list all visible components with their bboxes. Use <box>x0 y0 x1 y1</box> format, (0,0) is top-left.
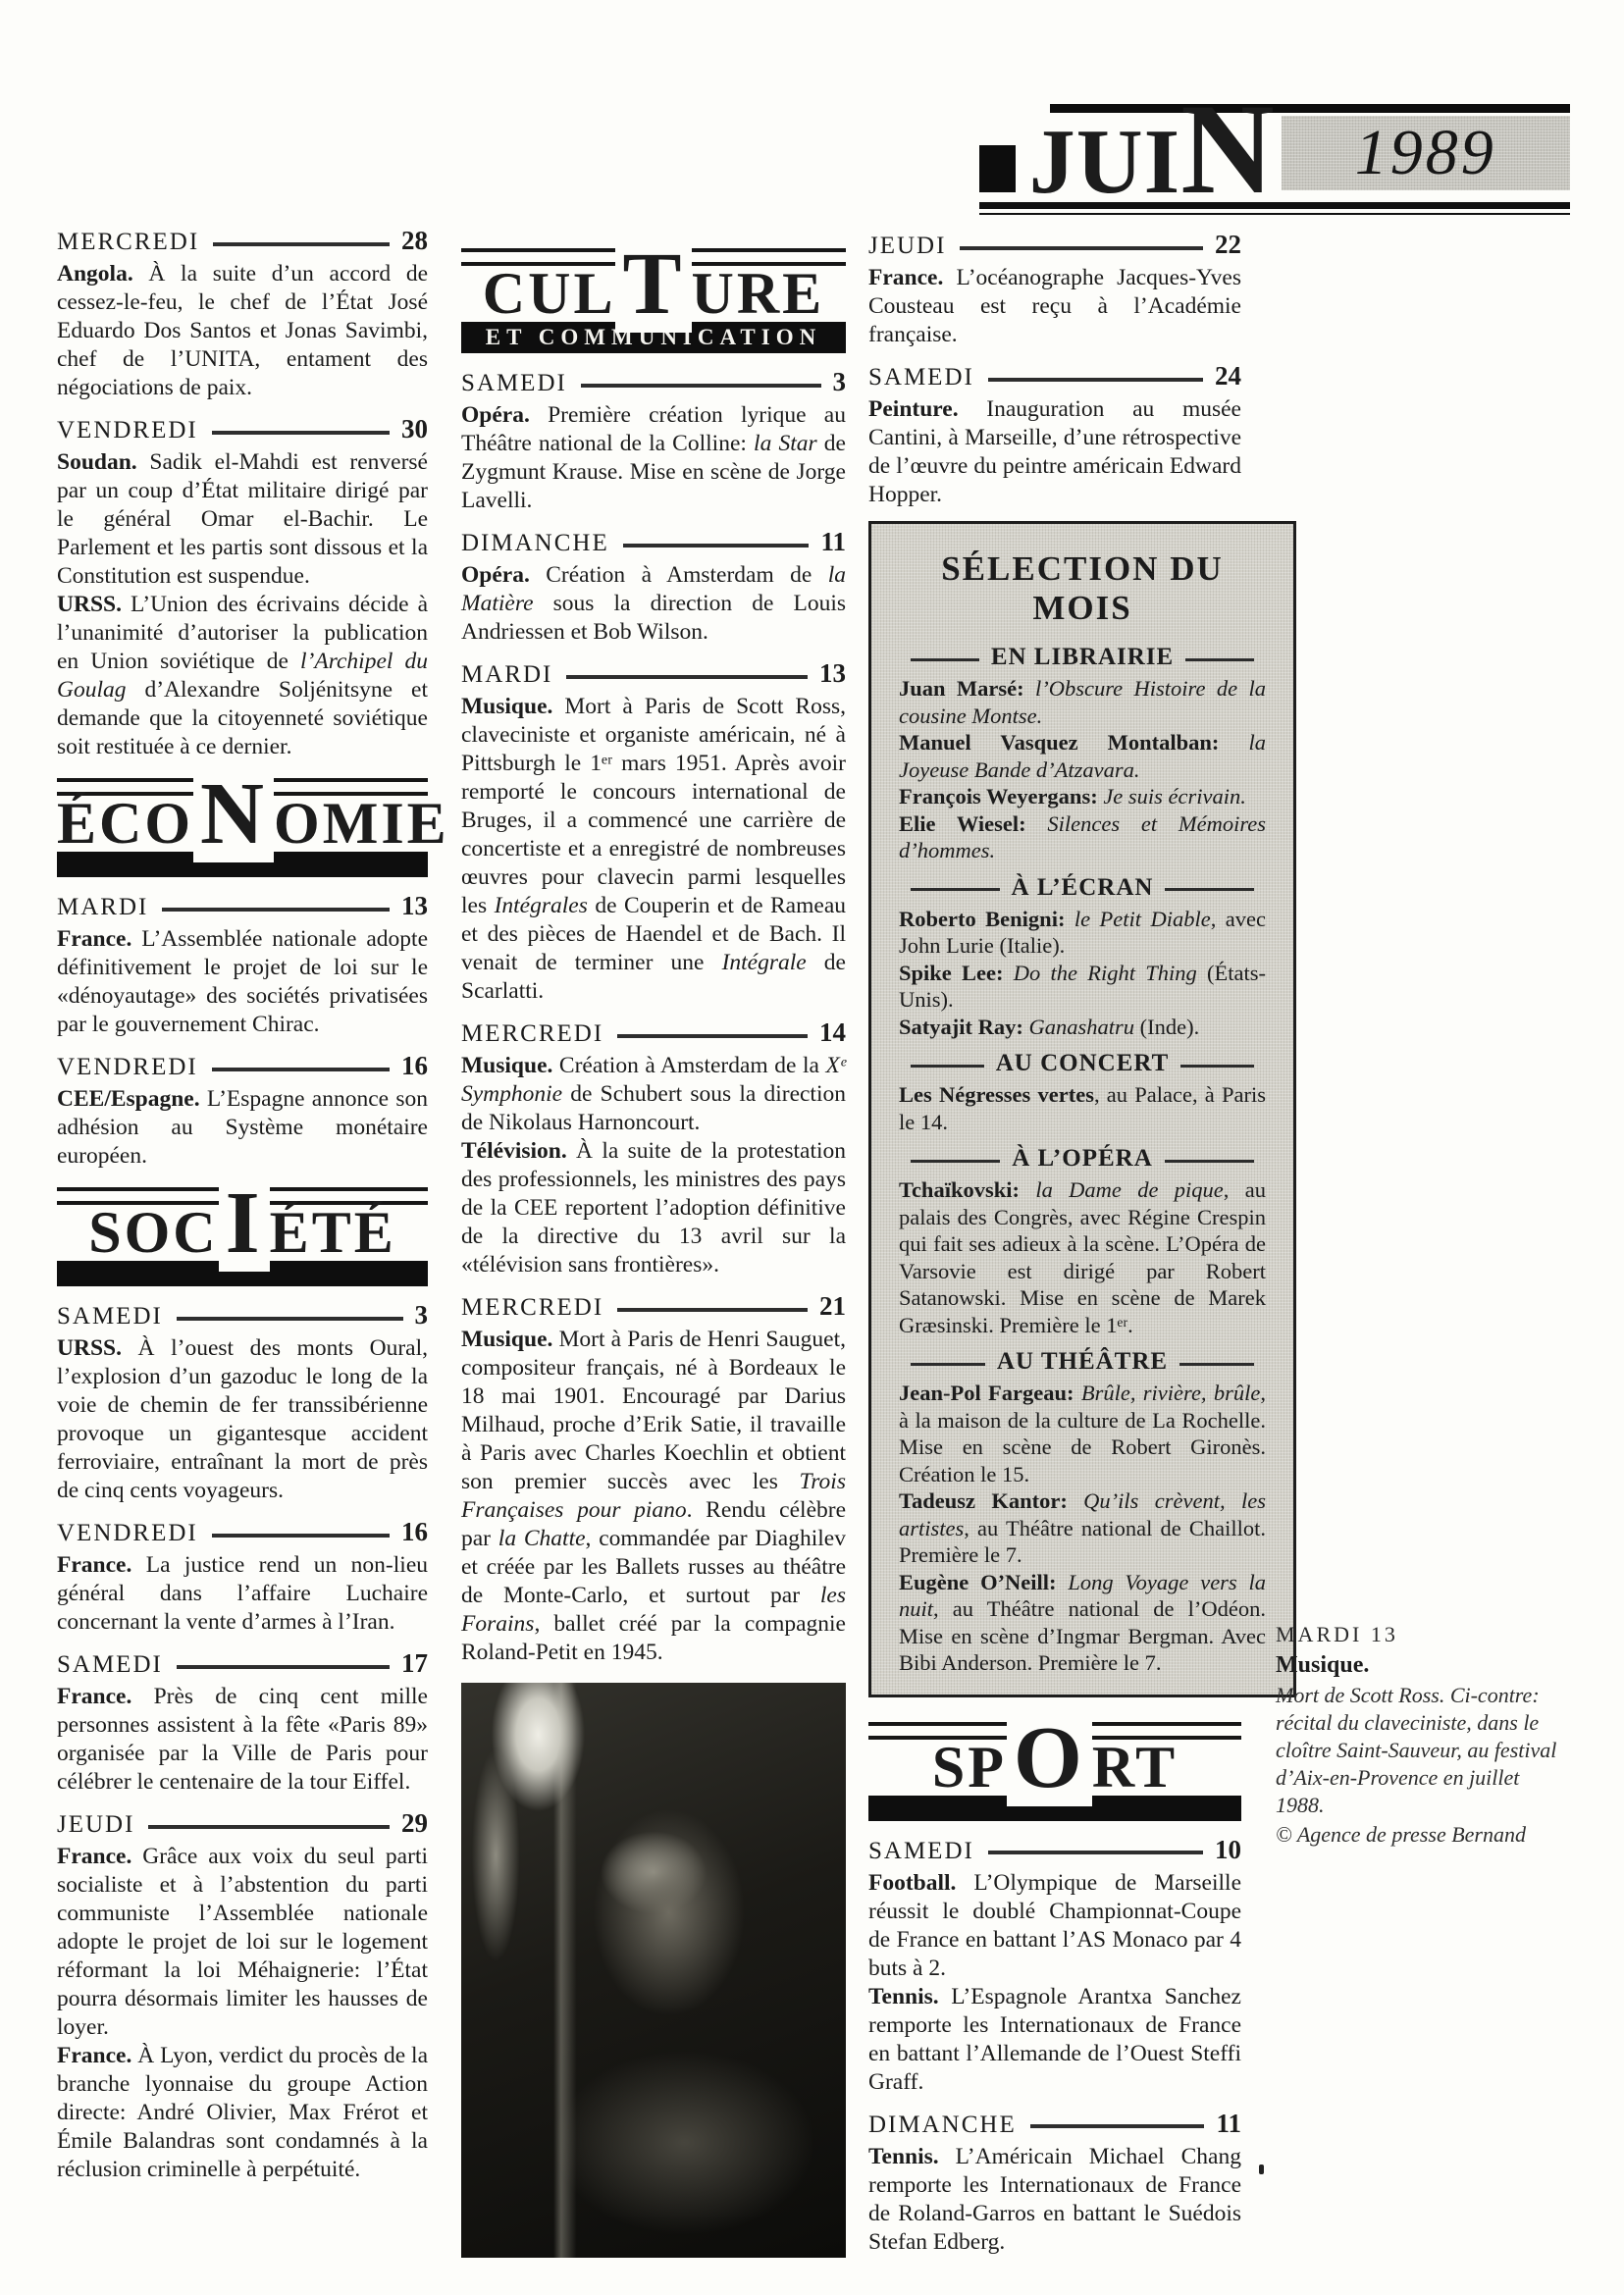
selection-items: Juan Marsé: l’Obscure Histoire de la cou… <box>899 675 1266 864</box>
day-name: DIMANCHE <box>868 2112 1017 2139</box>
entry-date-row: SAMEDI 17 <box>57 1648 428 1679</box>
section-title-text: ÉTÉ <box>270 1200 396 1265</box>
section-title-big-letter: O <box>1007 1709 1092 1806</box>
date-rule <box>212 1534 390 1538</box>
section-title-text: SP <box>932 1735 1007 1799</box>
selection-items: Jean-Pol Fargeau: Brûle, rivière, brûle,… <box>899 1380 1266 1677</box>
entry-body: URSS. À l’ouest des monts Oural, l’explo… <box>57 1334 428 1505</box>
day-name: JEUDI <box>57 1811 134 1839</box>
entry-body: Angola. À la suite d’un accord de cessez… <box>57 260 428 402</box>
section-title-text: SOC <box>88 1200 218 1265</box>
day-name: MERCREDI <box>461 1294 603 1322</box>
news-entry-denoyautage: MARDI 13 France. L’Assemblée nationale a… <box>57 891 428 1039</box>
day-name: JEUDI <box>868 233 946 260</box>
photo-caption: MARDI 13 Musique. Mort de Scott Ross. Ci… <box>1276 1621 1570 1849</box>
section-header-culture: CULTURE ET COMMUNICATION <box>461 245 846 353</box>
news-entry-luchaire: VENDREDI 16 France. La justice rend un n… <box>57 1517 428 1637</box>
news-entry-logement-action-directe: JEUDI 29 France. Grâce aux voix du seul … <box>57 1808 428 2184</box>
section-header-societe: SOCIÉTÉ <box>57 1184 428 1286</box>
section-title-culture: CULTURE <box>461 245 846 324</box>
day-name: DIMANCHE <box>461 530 609 557</box>
day-name: SAMEDI <box>868 1838 974 1865</box>
date-rule <box>212 431 390 435</box>
day-number: 11 <box>1216 2109 1241 2139</box>
day-name: SAMEDI <box>868 364 974 391</box>
selection-heading: À L’OPÉRA <box>1012 1145 1153 1173</box>
selection-group-concert: AU CONCERT Les Négresses vertes, au Pala… <box>899 1050 1266 1135</box>
entry-body: France. Grâce aux voix du seul parti soc… <box>57 1843 428 2184</box>
date-rule <box>960 246 1203 250</box>
day-name: VENDREDI <box>57 1520 198 1547</box>
date-rule <box>148 1825 390 1829</box>
day-name: SAMEDI <box>57 1303 163 1330</box>
selection-heading-row: AU THÉÂTRE <box>899 1348 1266 1376</box>
news-entry-om-sanchez: SAMEDI 10 Football. L’Olympique de Marse… <box>868 1835 1241 2097</box>
heading-rule <box>911 1065 984 1068</box>
column-right: JEUDI 22 France. L’océanographe Jacques-… <box>868 230 1296 2269</box>
day-name: MERCREDI <box>461 1020 603 1048</box>
column-left: MERCREDI 28 Angola. À la suite d’un acco… <box>57 226 428 2196</box>
entry-date-row: SAMEDI 24 <box>868 361 1241 391</box>
date-rule <box>177 1317 403 1321</box>
entry-date-row: VENDREDI 16 <box>57 1051 428 1081</box>
photo-scott-ross-recital <box>461 1683 846 2258</box>
entry-date-row: MERCREDI 14 <box>461 1017 846 1048</box>
selection-heading-row: AU CONCERT <box>899 1050 1266 1077</box>
selection-heading-row: À L’ÉCRAN <box>899 874 1266 902</box>
day-number: 16 <box>401 1051 428 1081</box>
news-entry-cee-espagne: VENDREDI 16 CEE/Espagne. L’Espagne annon… <box>57 1051 428 1171</box>
entry-date-row: SAMEDI 10 <box>868 1835 1241 1865</box>
selection-du-mois-box: SÉLECTION DU MOIS EN LIBRAIRIE Juan Mars… <box>868 521 1296 1697</box>
ink-speck <box>1259 2165 1264 2174</box>
day-number: 3 <box>415 1300 429 1330</box>
section-title-big-letter: N <box>193 765 274 862</box>
day-number: 28 <box>401 226 428 256</box>
month-title-big-letter: N <box>1180 77 1275 221</box>
month-marker-square-icon <box>979 145 1016 192</box>
date-rule <box>212 1068 390 1071</box>
day-name: MARDI <box>57 894 148 921</box>
heading-rule <box>911 1363 985 1366</box>
entry-date-row: MERCREDI 21 <box>461 1291 846 1322</box>
entry-body: France. L’Assemblée nationale adopte déf… <box>57 925 428 1039</box>
selection-heading-row: EN LIBRAIRIE <box>899 644 1266 671</box>
heading-rule <box>911 1160 1000 1163</box>
entry-date-row: MARDI 13 <box>461 658 846 689</box>
year-text: 1989 <box>1355 116 1496 190</box>
news-entry-angola: MERCREDI 28 Angola. À la suite d’un acco… <box>57 226 428 402</box>
day-number: 11 <box>820 527 846 557</box>
entry-body: France. L’océanographe Jacques-Yves Cous… <box>868 264 1241 349</box>
entry-body: Opéra. Première création lyrique au Théâ… <box>461 401 846 515</box>
section-title-text: CUL <box>483 261 616 326</box>
news-entry-opera-amsterdam: DIMANCHE 11 Opéra. Création à Amsterdam … <box>461 527 846 647</box>
entry-body: Musique. Mort à Paris de Henri Sauguet, … <box>461 1326 846 1667</box>
heading-rule <box>1185 658 1254 661</box>
selection-group-librairie: EN LIBRAIRIE Juan Marsé: l’Obscure Histo… <box>899 644 1266 864</box>
year-box: 1989 <box>1282 116 1570 190</box>
day-number: 13 <box>401 891 428 921</box>
section-title-economie: ÉCONOMIE <box>57 775 428 854</box>
selection-heading-row: À L’OPÉRA <box>899 1145 1266 1173</box>
section-title-sport: SPORT <box>868 1719 1241 1798</box>
column-middle: CULTURE ET COMMUNICATION SAMEDI 3 Opéra.… <box>461 232 846 2258</box>
section-title-text: URE <box>692 261 825 326</box>
entry-date-row: JEUDI 22 <box>868 230 1241 260</box>
news-entry-schubert-television: MERCREDI 14 Musique. Création à Amsterda… <box>461 1017 846 1279</box>
entry-body: Musique. Mort à Paris de Scott Ross, cla… <box>461 693 846 1006</box>
caption-date: MARDI 13 <box>1276 1621 1570 1648</box>
heading-rule <box>1165 1160 1254 1163</box>
day-name: MARDI <box>461 661 552 689</box>
entry-body: Peinture. Inauguration au musée Cantini,… <box>868 395 1241 509</box>
entry-body: Musique. Création à Amsterdam de la Xᵉ S… <box>461 1052 846 1279</box>
day-name: VENDREDI <box>57 417 198 444</box>
news-entry-hopper: SAMEDI 24 Peinture. Inauguration au musé… <box>868 361 1241 509</box>
day-number: 13 <box>819 658 846 689</box>
date-rule <box>566 675 808 679</box>
entry-date-row: SAMEDI 3 <box>57 1300 428 1330</box>
heading-rule <box>911 658 979 661</box>
entry-date-row: DIMANCHE 11 <box>461 527 846 557</box>
section-title-text: RT <box>1092 1735 1178 1799</box>
entry-body: France. La justice rend un non-lieu géné… <box>57 1551 428 1637</box>
news-entry-scott-ross: MARDI 13 Musique. Mort à Paris de Scott … <box>461 658 846 1006</box>
news-entry-sauguet: MERCREDI 21 Musique. Mort à Paris de Hen… <box>461 1291 846 1667</box>
date-rule <box>617 1034 808 1038</box>
news-entry-chang: DIMANCHE 11 Tennis. L’Américain Michael … <box>868 2109 1241 2257</box>
selection-heading: À L’ÉCRAN <box>1012 874 1154 902</box>
selection-items: Les Négresses vertes, au Palace, à Paris… <box>899 1081 1266 1135</box>
selection-heading: AU THÉÂTRE <box>997 1348 1168 1376</box>
section-header-sport: SPORT <box>868 1719 1241 1821</box>
day-number: 16 <box>401 1517 428 1547</box>
day-name: SAMEDI <box>57 1651 163 1679</box>
day-number: 22 <box>1215 230 1241 260</box>
day-number: 24 <box>1215 361 1241 391</box>
day-number: 10 <box>1215 1835 1241 1865</box>
date-rule <box>213 242 390 246</box>
date-rule <box>581 384 821 388</box>
section-title-big-letter: I <box>219 1174 270 1272</box>
date-rule <box>988 1851 1203 1854</box>
date-rule <box>177 1665 390 1669</box>
section-title-text: ÉCO <box>57 791 193 856</box>
entry-body: Football. L’Olympique de Marseille réuss… <box>868 1869 1241 2097</box>
heading-rule <box>911 888 1000 891</box>
news-entry-cousteau: JEUDI 22 France. L’océanographe Jacques-… <box>868 230 1241 349</box>
date-rule <box>988 378 1203 382</box>
selection-items: Roberto Benigni: le Petit Diable, avec J… <box>899 906 1266 1041</box>
day-name: VENDREDI <box>57 1054 198 1081</box>
entry-body: Opéra. Création à Amsterdam de la Matièr… <box>461 561 846 647</box>
entry-date-row: MERCREDI 28 <box>57 226 428 256</box>
section-header-economie: ÉCONOMIE <box>57 775 428 877</box>
heading-rule <box>1180 1065 1254 1068</box>
selection-heading: AU CONCERT <box>996 1050 1170 1077</box>
section-title-societe: SOCIÉTÉ <box>57 1184 428 1263</box>
caption-rubric: Musique. <box>1276 1651 1570 1679</box>
news-entry-oural: SAMEDI 3 URSS. À l’ouest des monts Oural… <box>57 1300 428 1505</box>
magazine-page: JUIN 1989 MERCREDI 28 Angola. À la suite… <box>0 0 1624 2295</box>
entry-body: Soudan. Sadik el-Mahdi est renversé par … <box>57 448 428 761</box>
selection-group-ecran: À L’ÉCRAN Roberto Benigni: le Petit Diab… <box>899 874 1266 1041</box>
date-rule <box>623 544 810 548</box>
day-number: 17 <box>401 1648 428 1679</box>
news-entry-opera-colline: SAMEDI 3 Opéra. Première création lyriqu… <box>461 367 846 515</box>
date-rule <box>162 908 390 912</box>
masthead-bottom-rule <box>979 202 1570 215</box>
entry-date-row: VENDREDI 30 <box>57 414 428 444</box>
entry-date-row: VENDREDI 16 <box>57 1517 428 1547</box>
masthead: JUIN 1989 <box>979 104 1570 214</box>
day-number: 21 <box>819 1291 846 1322</box>
month-title: JUIN <box>1029 111 1276 200</box>
selection-group-theatre: AU THÉÂTRE Jean-Pol Fargeau: Brûle, rivi… <box>899 1348 1266 1677</box>
heading-rule <box>1179 1363 1254 1366</box>
day-name: SAMEDI <box>461 370 567 397</box>
caption-body: Mort de Scott Ross. Ci-contre: récital d… <box>1276 1682 1570 1819</box>
entry-body: CEE/Espagne. L’Espagne annonce son adhés… <box>57 1085 428 1171</box>
news-entry-soudan-urss: VENDREDI 30 Soudan. Sadik el-Mahdi est r… <box>57 414 428 761</box>
entry-date-row: MARDI 13 <box>57 891 428 921</box>
selection-heading: EN LIBRAIRIE <box>991 644 1174 671</box>
caption-credit: © Agence de presse Bernand <box>1276 1821 1570 1849</box>
day-number: 29 <box>401 1808 428 1839</box>
section-title-big-letter: T <box>615 235 691 333</box>
entry-body: France. Près de cinq cent mille personne… <box>57 1683 428 1797</box>
entry-body: Tennis. L’Américain Michael Chang rempor… <box>868 2143 1241 2257</box>
entry-date-row: JEUDI 29 <box>57 1808 428 1839</box>
month-title-text: JUI <box>1029 111 1180 213</box>
day-name: MERCREDI <box>57 229 199 256</box>
day-number: 14 <box>819 1017 846 1048</box>
section-title-text: OMIE <box>274 791 449 856</box>
day-number: 30 <box>401 414 428 444</box>
entry-date-row: DIMANCHE 11 <box>868 2109 1241 2139</box>
news-entry-paris89: SAMEDI 17 France. Près de cinq cent mill… <box>57 1648 428 1797</box>
date-rule <box>1030 2124 1205 2128</box>
date-rule <box>617 1308 808 1312</box>
entry-date-row: SAMEDI 3 <box>461 367 846 397</box>
heading-rule <box>1165 888 1254 891</box>
selection-items: Tchaïkovski: la Dame de pique, au palais… <box>899 1176 1266 1338</box>
day-number: 3 <box>833 367 847 397</box>
selection-group-opera: À L’OPÉRA Tchaïkovski: la Dame de pique,… <box>899 1145 1266 1338</box>
selection-title: SÉLECTION DU MOIS <box>899 549 1266 628</box>
